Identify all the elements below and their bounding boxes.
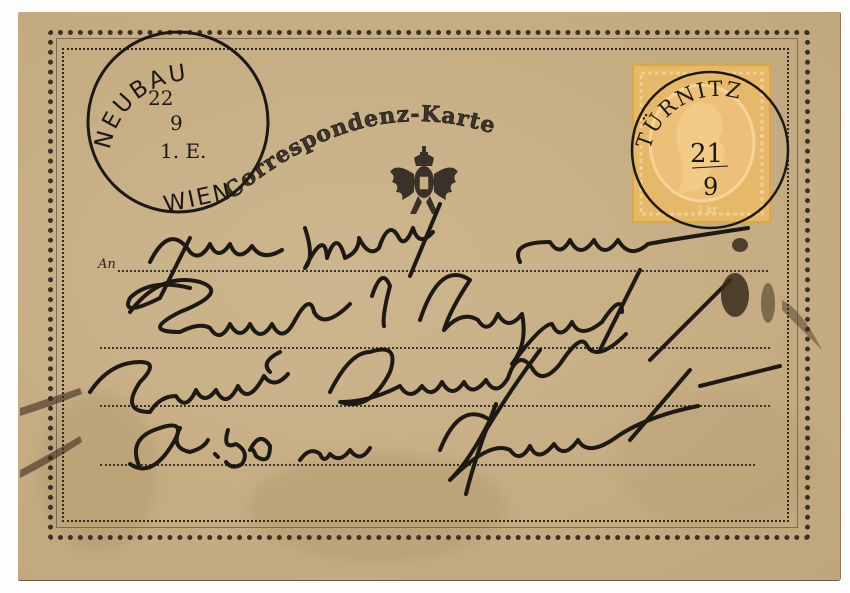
postmark-day: 22 [148, 86, 173, 110]
postmark-town: NEUBAU [90, 60, 190, 152]
double-headed-eagle-icon [390, 146, 458, 214]
postmark-month: 9 [703, 173, 718, 201]
postmark-city: WIEN [161, 179, 234, 219]
postcard-graphics: 2 kr Correspondenz-Karte NEUBAU 22 9 1. … [0, 0, 850, 593]
postmark-time: 1. E. [160, 139, 206, 163]
postmark-day: 21 [690, 139, 723, 169]
stamp-denomination: 2 kr [697, 205, 718, 216]
postmark-month: 9 [170, 111, 183, 135]
handwritten-address [90, 204, 780, 494]
